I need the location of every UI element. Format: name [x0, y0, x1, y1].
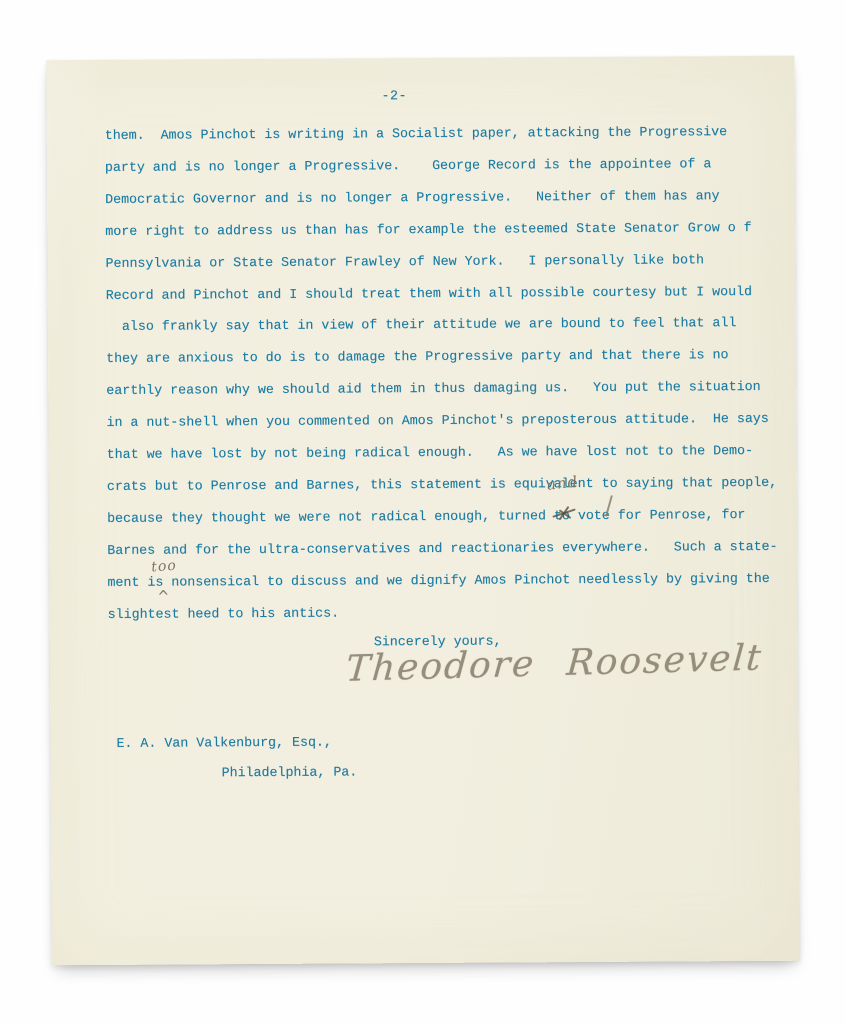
scanned-letter-photo: -2- them. Amos Pinchot is writing in a S… [0, 0, 846, 1024]
typed-line: slightest heed to his antics. [108, 594, 790, 630]
typed-line: earthly reason why we should aid them in… [106, 371, 788, 407]
letter-page: -2- them. Amos Pinchot is writing in a S… [46, 56, 800, 966]
recipient-name: E. A. Van Valkenburg, Esq., [116, 735, 332, 751]
typed-line: also frankly say that in view of their a… [106, 307, 788, 343]
letter-body: them. Amos Pinchot is writing in a Socia… [105, 116, 790, 631]
pencil-caret-mark: ^ [157, 588, 169, 607]
typed-line: Barnes and for the ultra-conservatives a… [107, 531, 789, 567]
typed-line: ment is nonsensical to discuss and we di… [107, 562, 789, 598]
page-number: -2- [381, 88, 407, 103]
typed-line: them. Amos Pinchot is writing in a Socia… [105, 116, 787, 152]
typed-line: because they thought we were not radical… [107, 499, 789, 535]
typed-line: more right to address us than has for ex… [105, 211, 787, 247]
pencil-strikeout-mark [552, 504, 576, 522]
typed-line: in a nut-shell when you commented on Amo… [106, 403, 788, 439]
typed-line: Pennsylvania or State Senator Frawley of… [105, 243, 787, 279]
typed-line: crats but to Penrose and Barnes, this st… [107, 467, 789, 503]
typed-line: that we have lost by not being radical e… [107, 435, 789, 471]
pencil-insertion-and: and [546, 472, 579, 493]
typed-line: they are anxious to do is to damage the … [106, 339, 788, 375]
pencil-insertion-too: too [151, 558, 178, 576]
typed-line: Record and Pinchot and I should treat th… [106, 275, 788, 311]
typed-line: Democratic Governor and is no longer a P… [105, 180, 787, 216]
recipient-city: Philadelphia, Pa. [222, 764, 358, 780]
typed-line: party and is no longer a Progressive. Ge… [105, 148, 787, 184]
